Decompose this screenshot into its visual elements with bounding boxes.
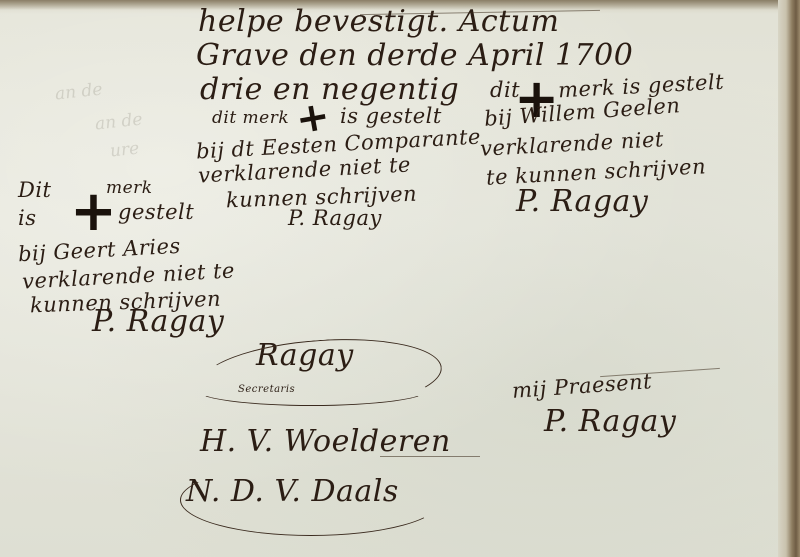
- document-page: an de an de ure helpe bevestigt. Actum G…: [0, 0, 800, 557]
- main-text-line-1: helpe bevestigt. Actum: [198, 4, 560, 39]
- witness-signature-2: H. V. Woelderen: [200, 424, 451, 459]
- bleed-through-text: an de: [94, 110, 143, 135]
- main-text-line-2: Grave den derde April 1700: [196, 38, 633, 73]
- signature-flourish: [196, 374, 428, 406]
- attestation-signature: P. Ragay: [544, 404, 676, 439]
- right-entry-signature: P. Ragay: [516, 184, 648, 219]
- right-entry-line-3: verklarende niet: [479, 127, 664, 161]
- left-entry-line-4: bij Geert Aries: [17, 234, 181, 266]
- signature-flourish: [180, 464, 442, 536]
- middle-entry-line-1: dit merk: [212, 108, 289, 128]
- left-entry-line-1: Dit: [18, 178, 52, 202]
- middle-entry-line-2: is gestelt: [340, 104, 442, 128]
- book-binding-edge: [778, 0, 800, 557]
- main-text-line-3: drie en negentig: [200, 72, 459, 107]
- underline-stroke: [380, 456, 480, 457]
- left-entry-line-3a: merk: [106, 178, 153, 198]
- bleed-through-text: ure: [109, 139, 140, 162]
- bleed-through-text: an de: [54, 80, 103, 105]
- left-entry-line-2: is: [18, 206, 37, 230]
- left-entry-signature: P. Ragay: [92, 304, 224, 339]
- middle-entry-signature: P. Ragay: [288, 206, 382, 230]
- left-entry-line-3b: gestelt: [118, 200, 194, 224]
